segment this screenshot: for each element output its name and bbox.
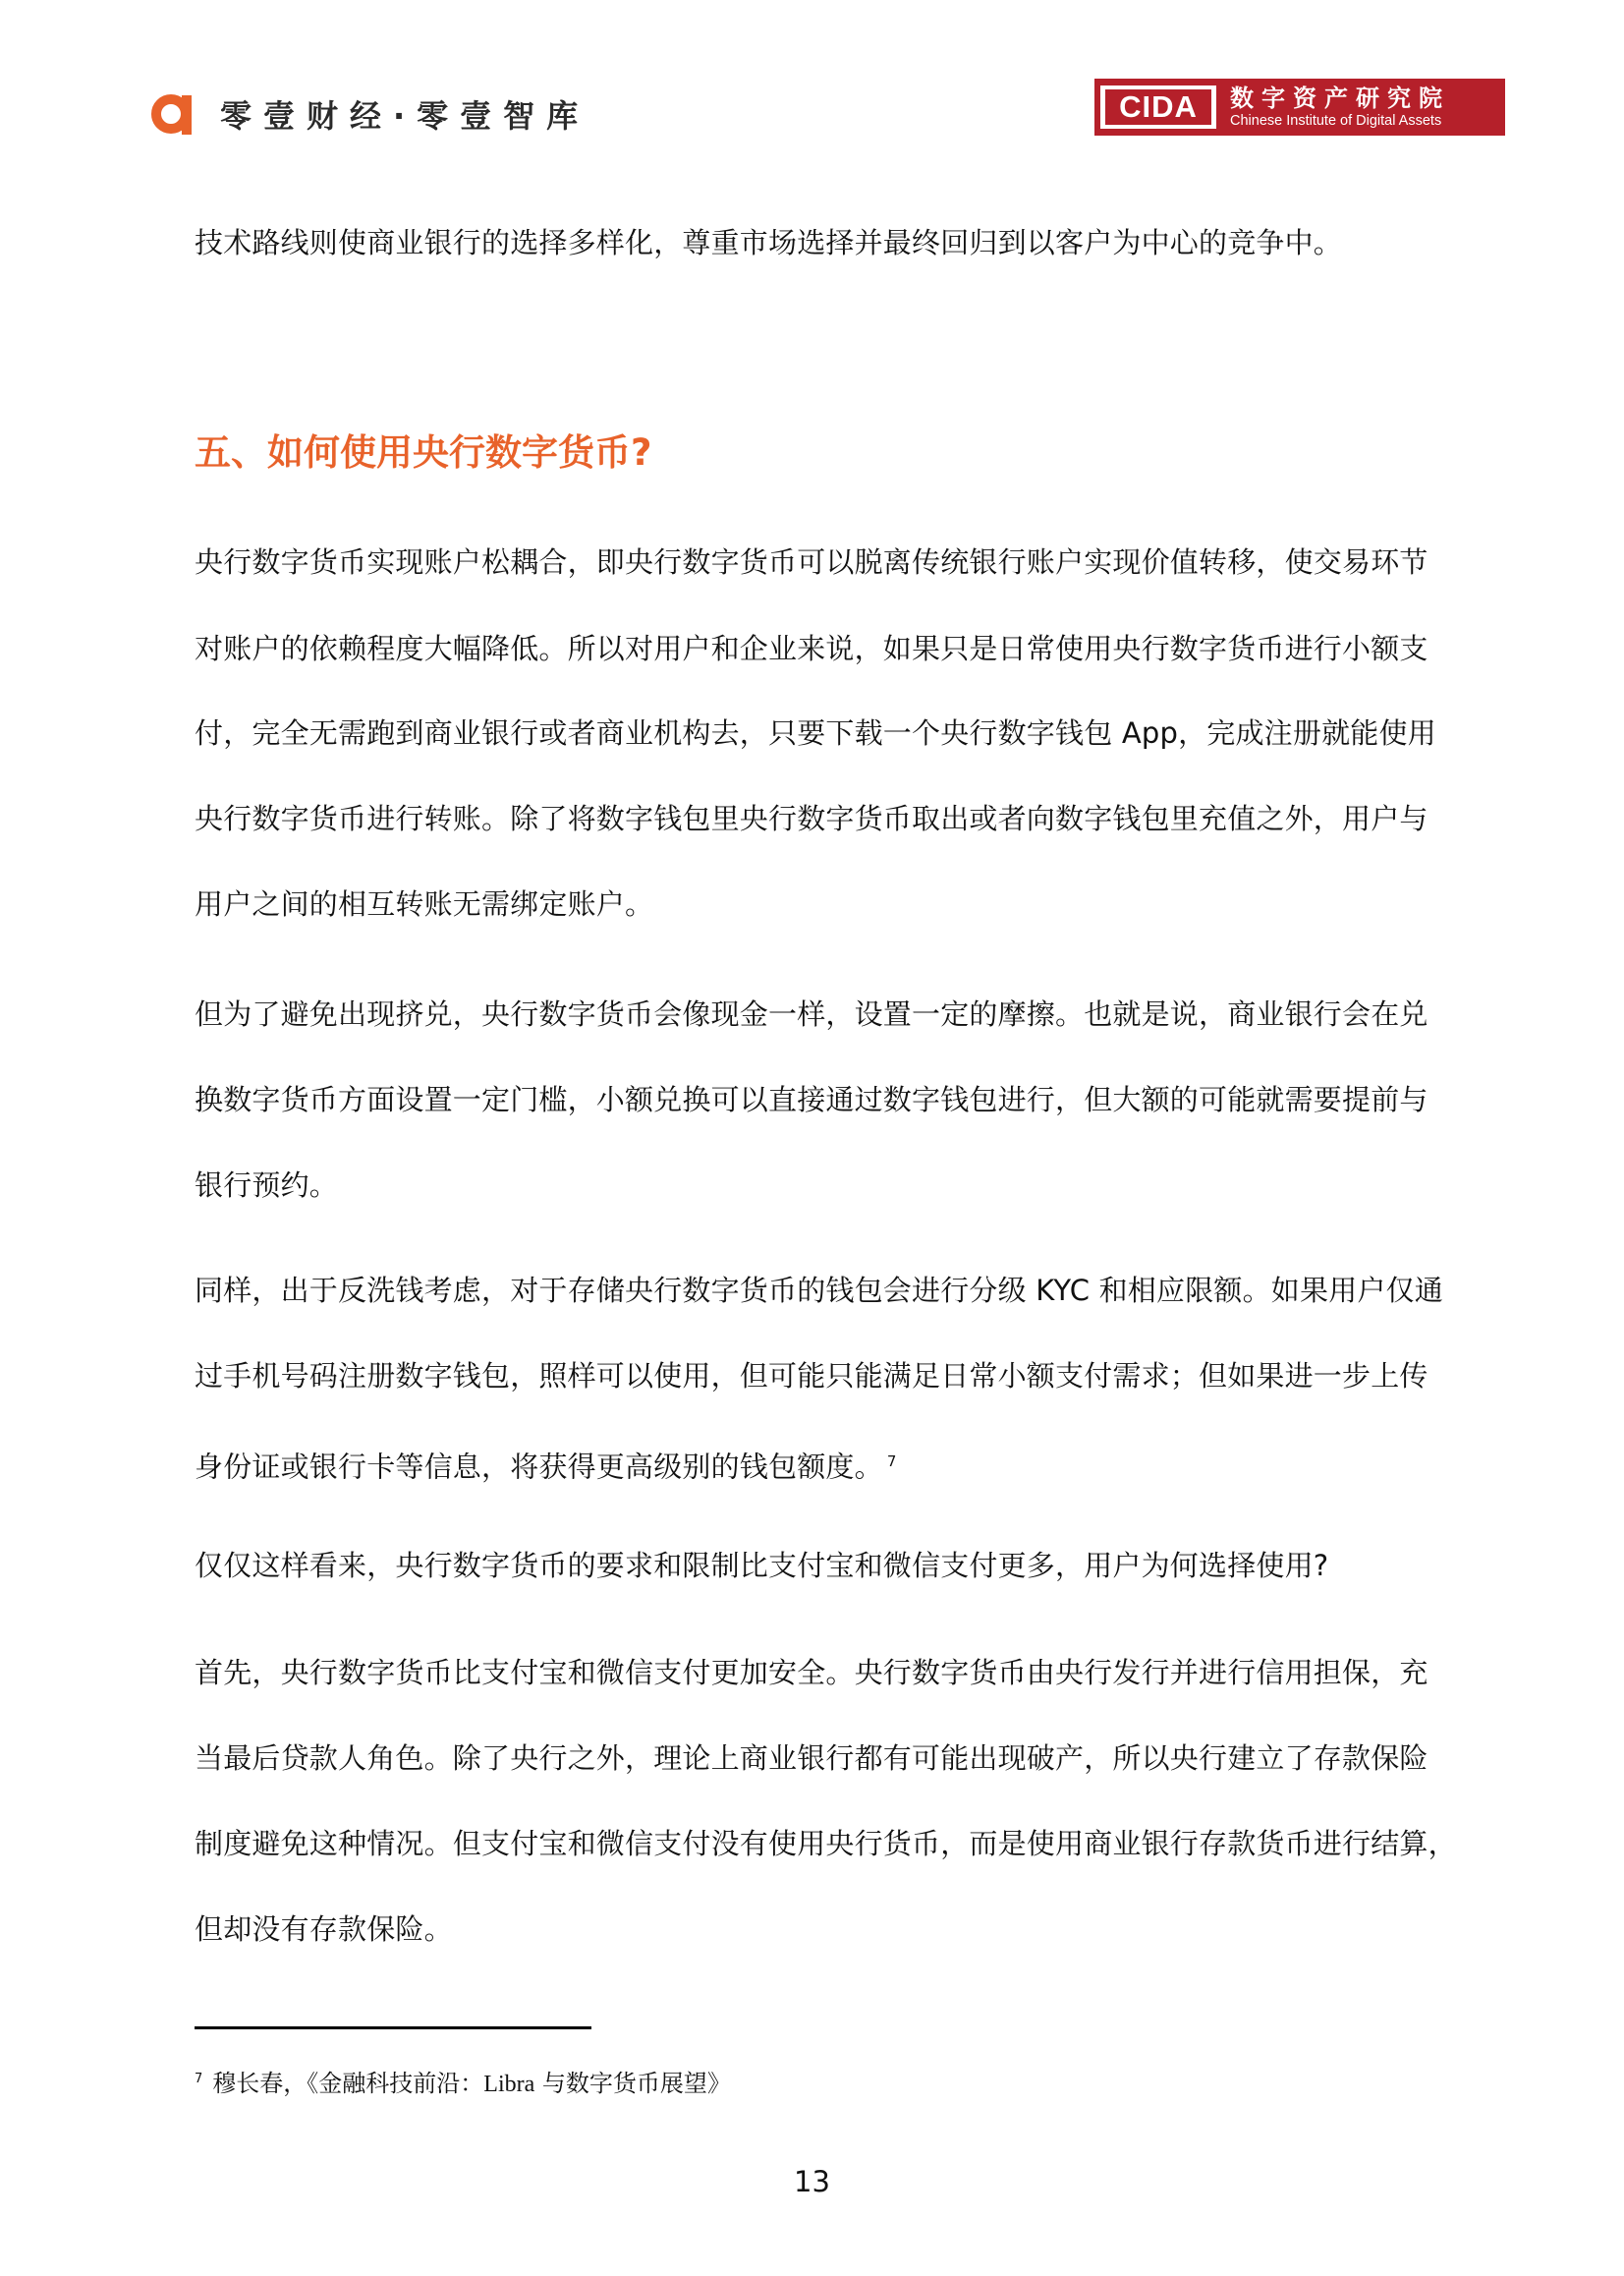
paragraph-line: 当最后贷款人角色。除了央行之外，理论上商业银行都有可能出现破产，所以央行建立了存… — [195, 1738, 1428, 1778]
footnote-author: 穆长春， — [212, 2070, 307, 2097]
brand-logo-icon — [149, 89, 198, 139]
paragraph-line: 但却没有存款保险。 — [195, 1909, 453, 1949]
paragraph-line: 对账户的依赖程度大幅降低。所以对用户和企业来说，如果只是日常使用央行数字货币进行… — [195, 629, 1428, 668]
paragraph-line: 同样，出于反洗钱考虑，对于存储央行数字货币的钱包会进行分级 KYC 和相应限额。… — [195, 1271, 1443, 1310]
institute-logo: CIDA 数字资产研究院 Chinese Institute of Digita… — [1094, 79, 1505, 136]
paragraph-line: 用户之间的相互转账无需绑定账户。 — [195, 884, 653, 924]
footnote-reference[interactable]: 7 — [887, 1452, 897, 1470]
institute-name-cn: 数字资产研究院 — [1230, 85, 1450, 112]
paragraph-line: 首先，央行数字货币比支付宝和微信支付更加安全。央行数字货币由央行发行并进行信用担… — [195, 1653, 1428, 1692]
paragraph-line: 付，完全无需跑到商业银行或者商业机构去，只要下载一个央行数字钱包 App，完成注… — [195, 713, 1436, 753]
footnote: 7穆长春，《金融科技前沿：Libra 与数字货币展望》 — [195, 2064, 731, 2100]
paragraph-line-with-ref: 身份证或银行卡等信息，将获得更高级别的钱包额度。7 — [195, 1442, 897, 1487]
footnote-title-rest: 与数字货币展望》 — [534, 2070, 731, 2097]
paragraph-line: 制度避免这种情况。但支付宝和微信支付没有使用央行货币，而是使用商业银行存款货币进… — [195, 1824, 1457, 1863]
cida-abbr: CIDA — [1105, 89, 1211, 125]
footnote-title-latin: Libra — [483, 2072, 534, 2097]
paragraph-line: 过手机号码注册数字钱包，照样可以使用，但可能只能满足日常小额支付需求；但如果进一… — [195, 1356, 1428, 1395]
institute-name-en: Chinese Institute of Digital Assets — [1230, 112, 1450, 130]
paragraph-line: 身份证或银行卡等信息，将获得更高级别的钱包额度。 — [195, 1451, 883, 1484]
paragraph-line: 银行预约。 — [195, 1166, 338, 1205]
section-title: 五、如何使用央行数字货币? — [195, 428, 651, 478]
paragraph-line: 换数字货币方面设置一定门槛，小额兑换可以直接通过数字钱包进行，但大额的可能就需要… — [195, 1080, 1428, 1119]
footnote-number: 7 — [195, 2072, 202, 2086]
paragraph-line: 央行数字货币进行转账。除了将数字钱包里央行数字货币取出或者向数字钱包里充值之外，… — [195, 799, 1428, 838]
paragraph-line: 央行数字货币实现账户松耦合，即央行数字货币可以脱离传统银行账户实现价值转移，使交… — [195, 542, 1428, 582]
footnote-title-open: 《金融科技前沿： — [307, 2070, 483, 2097]
brand-header: 零壹财经·零壹智库 — [149, 86, 589, 142]
institute-name: 数字资产研究院 Chinese Institute of Digital Ass… — [1230, 85, 1450, 130]
paragraph-line: 但为了避免出现挤兑，央行数字货币会像现金一样，设置一定的摩擦。也就是说，商业银行… — [195, 995, 1428, 1034]
cida-badge: CIDA — [1100, 85, 1216, 129]
intro-line: 技术路线则使商业银行的选择多样化，尊重市场选择并最终回归到以客户为中心的竞争中。 — [195, 223, 1342, 262]
brand-name: 零壹财经·零壹智库 — [220, 91, 589, 137]
paragraph-line: 仅仅这样看来，央行数字货币的要求和限制比支付宝和微信支付更多，用户为何选择使用? — [195, 1546, 1328, 1585]
page-number: 13 — [0, 2164, 1624, 2199]
footnote-divider — [195, 2026, 591, 2029]
